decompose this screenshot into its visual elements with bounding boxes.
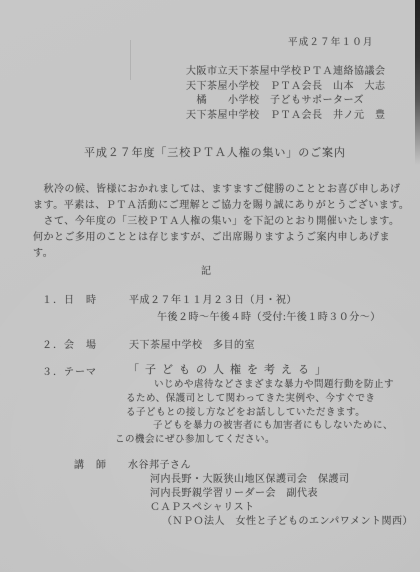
photo-edge-shadow	[415, 0, 420, 165]
body-line: す。	[33, 244, 53, 259]
item1-time-detail: 午後２時～午後４時（受付:午後１時３０分～）	[157, 308, 381, 323]
sender-block: 大阪市立天下茶屋中学校ＰＴＡ連絡協議会 天下茶屋小学校 ＰＴＡ会長 山本 大志 …	[186, 65, 386, 124]
lecturer-label: 講 師	[74, 456, 107, 471]
item2-venue: 天下茶屋中学校 多目的室	[129, 336, 255, 351]
sender-line: 大阪市立天下茶屋中学校ＰＴＡ連絡協議会	[186, 65, 386, 80]
theme-title: 「子どもの人権を考える」	[128, 361, 332, 377]
document-title: 平成２７年度「三校ＰＴＡ人権の集い」のご案内	[84, 144, 346, 160]
scanned-document-photo: 平成２７年１０月 大阪市立天下茶屋中学校ＰＴＡ連絡協議会 天下茶屋小学校 ＰＴＡ…	[0, 0, 420, 572]
credential-line: 河内長野・大阪狭山地区保護司会 保護司	[150, 470, 350, 485]
date-line: 平成２７年１０月	[288, 34, 374, 48]
sender-line: 天下茶屋小学校 ＰＴＡ会長 山本 大志	[186, 80, 386, 95]
lecturer-name: 水谷邦子さん	[128, 456, 191, 471]
item1-label: １．日 時	[42, 291, 97, 306]
item2-label: ２．会 場	[42, 336, 97, 351]
theme-desc-line: いじめや虐待などさまざまな暴力や問題行動を防止す	[144, 376, 394, 390]
body-line: 秋冷の候、皆様におかれましては、ますますご健勝のこととお喜び申しあげ	[33, 180, 401, 195]
item3-label: ３．テーマ	[42, 363, 97, 378]
credential-line: （ＮＰＯ法人 女性と子どものエンパワメント関西）	[162, 512, 413, 527]
credential-line: ＣＡＰスペシャリスト	[150, 498, 255, 513]
sender-line: 天下茶屋中学校 ＰＴＡ会長 井ノ元 豊	[186, 109, 386, 124]
sender-line: 橘 小学校 子どもサポーターズ	[186, 94, 386, 109]
body-line: さて、今年度の「三校ＰＴＡ人権の集い」を下記のとおり開催いたします。	[33, 212, 400, 227]
body-line: 何かとご多用のこととは存じますが、ご出席賜りますようご案内申しあげま	[33, 228, 390, 243]
record-marker: 記	[0, 262, 414, 277]
credential-line: 河内長野親学習リーダー会 副代表	[150, 484, 318, 499]
paper-crease	[130, 40, 131, 80]
theme-desc-line: この機会にぜひ参加してください。	[115, 431, 275, 445]
theme-desc-line: るため、保護司として関わってきた実例や、今すぐでき	[126, 390, 375, 404]
item1-datetime: 平成２７年１１月２３日（月・祝）	[129, 291, 297, 306]
body-line: ます。平素は、ＰＴＡ活動にご理解とご協力を賜り誠にありがとうございます。	[33, 196, 409, 211]
theme-desc-line: 子どもを暴力の被害者にも加害者にもしないために、	[143, 417, 393, 431]
theme-desc-line: る子どもとの接し方などをお話ししていただきます。	[126, 404, 365, 418]
